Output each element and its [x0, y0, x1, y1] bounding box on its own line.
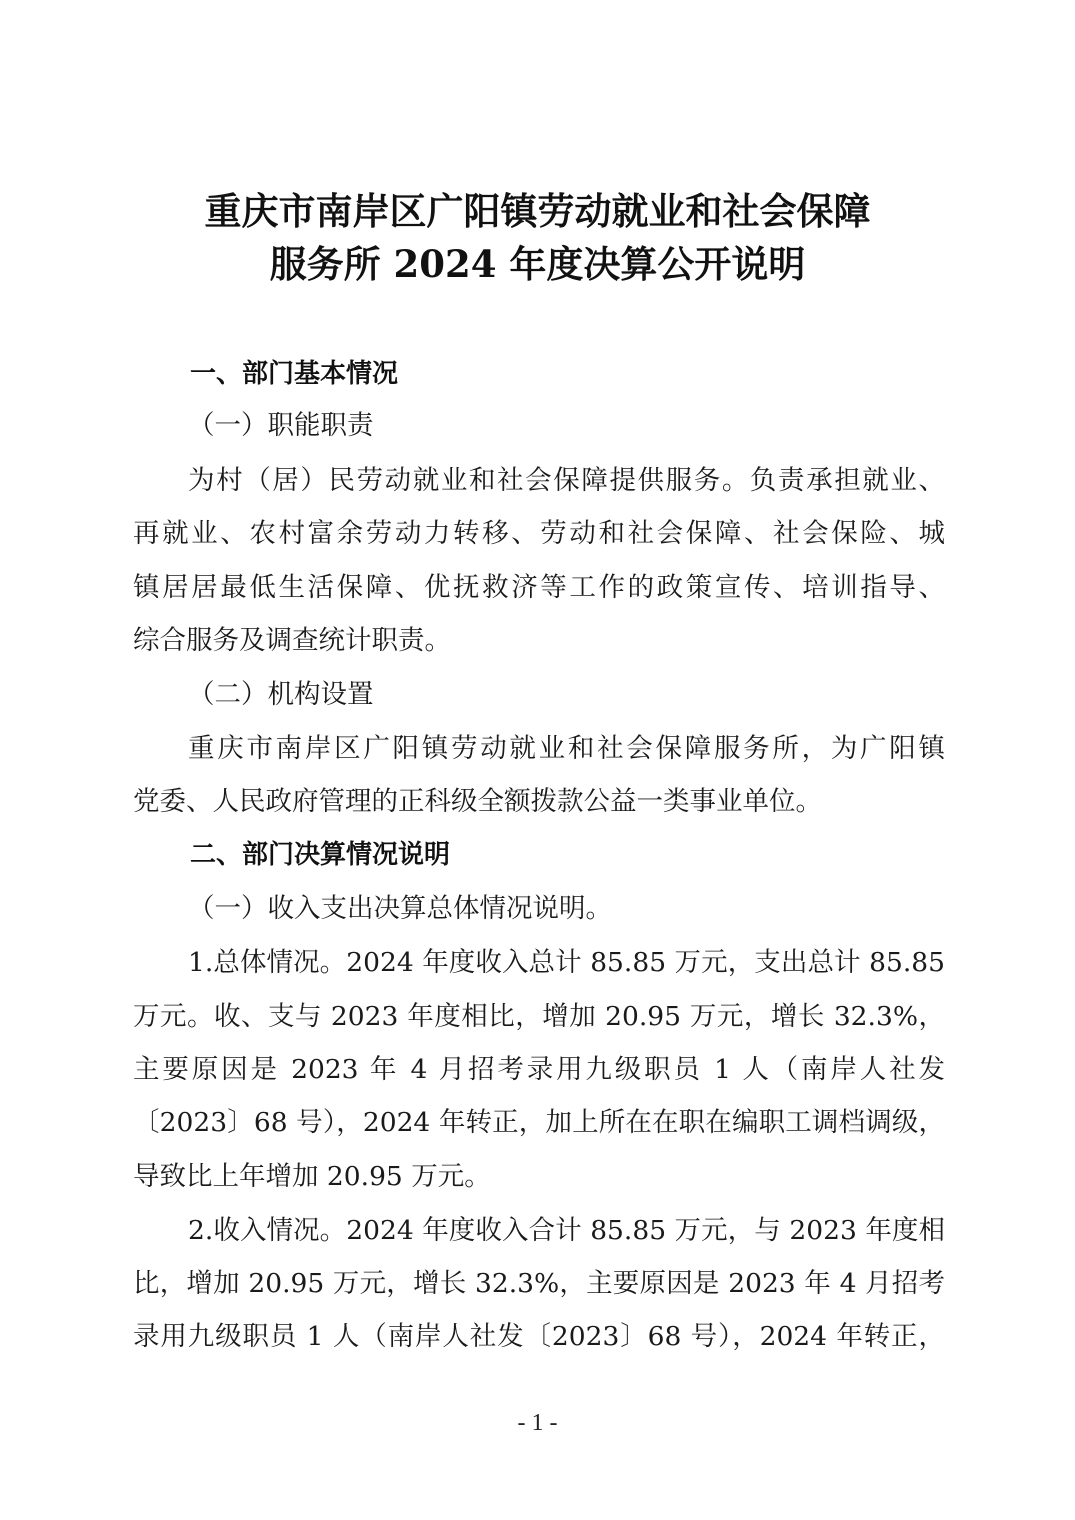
section-heading-basic-info: 一、部门基本情况 — [190, 357, 398, 391]
paragraph-line: 导致比上年增加 20.95 万元。 — [133, 1160, 945, 1194]
paragraph-line: 为村（居）民劳动就业和社会保障提供服务。负责承担就业、 — [188, 464, 945, 498]
paragraph-line: 〔2023〕68 号），2024 年转正，加上所在在职在编职工调档调级， — [133, 1106, 945, 1140]
document-title-line-1: 重庆市南岸区广阳镇劳动就业和社会保障 — [0, 189, 1075, 233]
page-number: - 1 - — [0, 1410, 1075, 1437]
subheading-income-expense-overview: （一）收入支出决算总体情况说明。 — [188, 892, 612, 926]
paragraph-line: 主要原因是 2023 年 4 月招考录用九级职员 1 人（南岸人社发 — [133, 1053, 945, 1087]
document-page: 重庆市南岸区广阳镇劳动就业和社会保障 服务所 2024 年度决算公开说明 一、部… — [0, 0, 1075, 1520]
paragraph-line: 综合服务及调查统计职责。 — [133, 624, 945, 658]
section-heading-final-accounts: 二、部门决算情况说明 — [190, 838, 450, 872]
paragraph-line: 2.收入情况。2024 年度收入合计 85.85 万元，与 2023 年度相 — [188, 1214, 945, 1248]
paragraph-line: 万元。收、支与 2023 年度相比，增加 20.95 万元，增长 32.3%， — [133, 1000, 945, 1034]
paragraph-line: 党委、人民政府管理的正科级全额拨款公益一类事业单位。 — [133, 785, 945, 819]
subheading-organization: （二）机构设置 — [188, 678, 374, 712]
paragraph-line: 重庆市南岸区广阳镇劳动就业和社会保障服务所，为广阳镇 — [188, 732, 945, 766]
paragraph-line: 比，增加 20.95 万元，增长 32.3%，主要原因是 2023 年 4 月招… — [133, 1267, 945, 1301]
paragraph-line: 1.总体情况。2024 年度收入总计 85.85 万元，支出总计 85.85 — [188, 946, 945, 980]
paragraph-line: 镇居居最低生活保障、优抚救济等工作的政策宣传、培训指导、 — [133, 571, 945, 605]
subheading-functions: （一）职能职责 — [188, 409, 374, 443]
paragraph-line: 录用九级职员 1 人（南岸人社发〔2023〕68 号），2024 年转正， — [133, 1320, 945, 1354]
document-title-line-2: 服务所 2024 年度决算公开说明 — [0, 242, 1075, 286]
paragraph-line: 再就业、农村富余劳动力转移、劳动和社会保障、社会保险、城 — [133, 517, 945, 551]
